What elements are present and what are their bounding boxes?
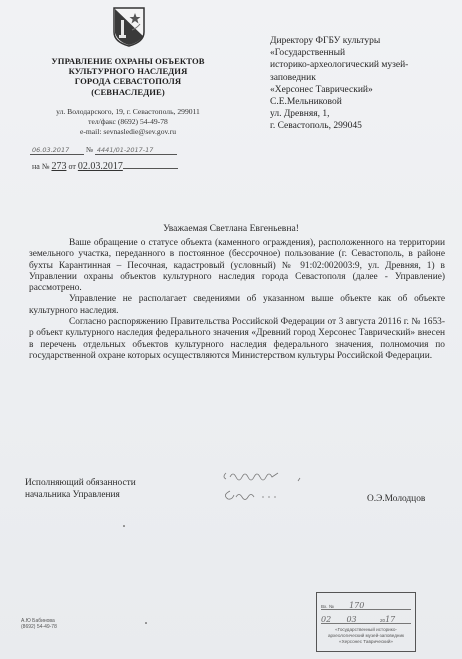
recipient-line: С.Е.Мельниковой [270,96,460,108]
reply-number: 273 [51,161,66,172]
recipient-line: г. Севастополь, 299045 [270,120,460,132]
stamp-day: 02 [321,615,331,624]
organization-name: УПРАВЛЕНИЕ ОХРАНЫ ОБЪЕКТОВ КУЛЬТУРНОГО Н… [18,56,238,97]
reply-reference: на № 273 от 02.03.2017 [32,161,178,172]
reply-from: от [68,162,75,171]
outgoing-date: 06.03.2017 [30,146,84,155]
stamp-incoming-number-row: Вх. № 170 [321,601,411,610]
scan-speck [123,525,125,527]
letter-body: Ваше обращение о статусе объекта (каменн… [29,238,445,362]
org-line: УПРАВЛЕНИЕ ОХРАНЫ ОБЪЕКТОВ [18,56,238,66]
coat-of-arms-icon [112,6,146,48]
signatory-name: О.Э.Молодцов [367,494,425,504]
stamp-year: 17 [385,615,395,624]
reply-date: 02.03.2017 [78,161,123,172]
recipient-line: заповедник [270,72,460,84]
executor-info: А.Ю Бабинова (8692) 54-49-78 [21,618,57,630]
received-stamp: Вх. № 170 02 03 2017 «Государственный ис… [316,592,416,652]
stamp-in-no: 170 [349,601,364,610]
handwritten-signature-icon [218,465,308,505]
outgoing-number: 4441/01-2017-17 [95,146,177,155]
stamp-date-row: 02 03 2017 [321,615,411,624]
org-line: (СЕВНАСЛЕДИЕ) [18,87,238,97]
scan-speck [145,622,147,624]
salutation: Уважаемая Светлана Евгеньевна! [0,223,462,234]
number-sign: № [86,145,93,154]
body-paragraph: Управление не располагает сведениями об … [29,294,445,317]
executor-phone: (8692) 54-49-78 [21,624,57,630]
recipient-line: историко-археологический музей- [270,59,460,71]
org-line: КУЛЬТУРНОГО НАСЛЕДИЯ [18,66,238,76]
org-email: e-mail: sevnasledie@sev.gov.ru [18,127,238,137]
org-phone: тел/факс (8692) 54-49-78 [18,117,238,127]
org-address: ул. Володарского, 19, г. Севастополь, 29… [18,107,238,117]
reply-prefix: на № [32,162,49,171]
letter-page: УПРАВЛЕНИЕ ОХРАНЫ ОБЪЕКТОВ КУЛЬТУРНОГО Н… [0,0,462,659]
recipient-line: «Государственный [270,47,460,59]
body-paragraph: Ваше обращение о статусе объекта (каменн… [29,238,445,294]
stamp-month: 03 [346,615,356,624]
signatory-title: Исполняющий обязанности начальника Управ… [25,477,136,501]
outgoing-registration: 06.03.2017 № 4441/01-2017-17 [30,145,177,155]
recipient-line: «Херсонес Таврический» [270,84,460,96]
recipient-block: Директору ФГБУ культуры «Государственный… [270,35,460,133]
signatory-title-line: Исполняющий обязанности [25,477,136,489]
stamp-organization: «Государственный историко- археологическ… [319,627,413,645]
stamp-in-no-label: Вх. № [321,604,334,609]
stamp-org-line: «Херсонес Таврический» [319,639,413,645]
recipient-line: Директору ФГБУ культуры [270,35,460,47]
org-line: ГОРОДА СЕВАСТОПОЛЯ [18,76,238,86]
org-contacts: ул. Володарского, 19, г. Севастополь, 29… [18,107,238,137]
signatory-title-line: начальника Управления [25,489,136,501]
body-paragraph: Согласно распоряжению Правительства Росс… [29,317,445,362]
recipient-line: ул. Древняя, 1, [270,108,460,120]
